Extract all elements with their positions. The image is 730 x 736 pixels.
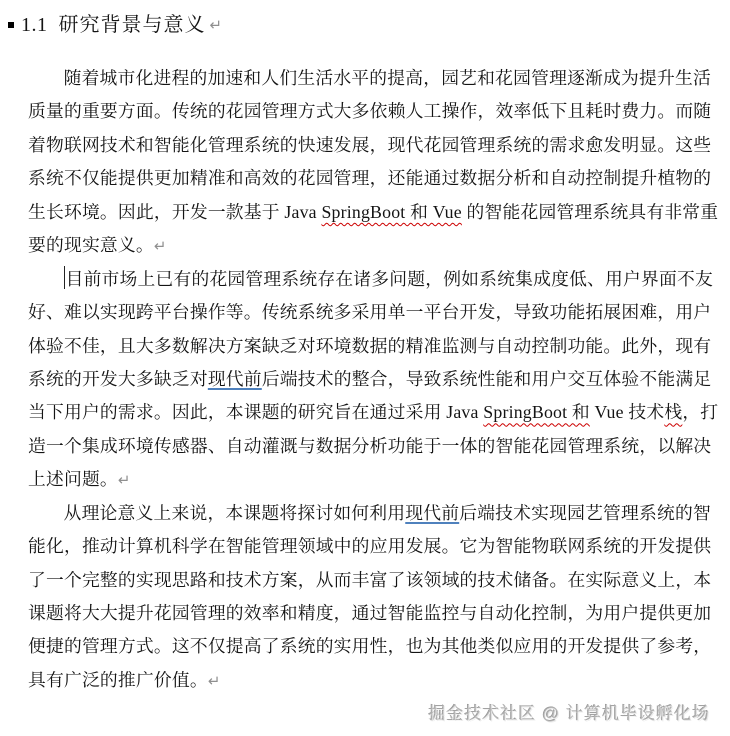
text-run: 后端技术实现园艺管理系统的智 [459,503,711,523]
document-body[interactable]: 随着城市化进程的加速和人们生活水平的提高，园艺和花园管理逐渐成为提升生活质量的重… [28,62,702,697]
text-run: 目前市场上已有的花园管理系统存在诸多问题，例如系统集成度低、用户界面不友 [66,269,713,289]
text-run: 要的现实意义。 [28,235,154,255]
text-run: 好、难以实现跨平台操作等。传统系统多采用单一平台开发，导致功能拓展困难，用户 [28,302,711,322]
text-run: 便捷的管理方式。这不仅提高了系统的实用性，也为其他类似应用的开发提供了参考， [28,636,711,656]
text-line[interactable]: 便捷的管理方式。这不仅提高了系统的实用性，也为其他类似应用的开发提供了参考， [28,630,702,663]
outline-bullet-icon [8,22,14,28]
text-run: 能化，推动计算机科学在智能管理领域中的应用发展。它为智能物联网系统的开发提供 [28,536,711,556]
paragraph-mark: ↵ [118,471,131,489]
text-line[interactable]: 好、难以实现跨平台操作等。传统系统多采用单一平台开发，导致功能拓展困难，用户 [28,296,702,329]
text-run: 系统的开发大多缺乏对 [28,369,208,389]
heading-number: 1.1 [21,12,48,38]
text-run: 具有广泛的推广价值。 [28,670,208,690]
document-page: 1.1 研究背景与意义 ↵ 随着城市化进程的加速和人们生活水平的提高，园艺和花园… [0,0,730,736]
text-line[interactable]: 上述问题。↵ [28,463,702,496]
text-line[interactable]: 目前市场上已有的花园管理系统存在诸多问题，例如系统集成度低、用户界面不友 [28,263,702,296]
text-run: 当下用户的需求。因此，本课题的研究旨在通过采用 Java [28,402,483,422]
text-run: 着物联网技术和智能化管理系统的快速发展，现代花园管理系统的需求愈发明显。这些 [28,135,711,155]
text-run: Vue 技术 [590,402,664,422]
text-run: 体验不佳，且大多数解决方案缺乏对环境数据的精准监测与自动控制功能。此外，现有 [28,336,711,356]
text-line[interactable]: 随着城市化进程的加速和人们生活水平的提高，园艺和花园管理逐渐成为提升生活 [28,62,702,95]
text-run: ，打 [682,402,718,422]
text-run: 的智能花园管理系统具有非常重 [462,202,718,222]
text-line[interactable]: 生长环境。因此，开发一款基于 Java SpringBoot 和 Vue 的智能… [28,196,702,229]
text-run: 造一个集成环境传感器、自动灌溉与数据分析功能于一体的智能花园管理系统，以解决 [28,436,711,456]
text-run: 了一个完整的实现思路和技术方案，从而丰富了该领域的技术储备。在实际意义上，本 [28,570,711,590]
text-run: 课题将大大提升花园管理的效率和精度，通过智能监控与自动化控制，为用户提供更加 [28,603,711,623]
text-line[interactable]: 系统不仅能提供更加精准和高效的花园管理，还能通过数据分析和自动控制提升植物的 [28,162,702,195]
text-run: SpringBoot 和 Vue [321,202,461,222]
text-line[interactable]: 当下用户的需求。因此，本课题的研究旨在通过采用 Java SpringBoot … [28,396,702,429]
heading-title: 研究背景与意义 [59,12,206,38]
watermark: 掘金技术社区 @ 计算机毕设孵化场 [428,699,710,724]
paragraph-mark: ↵ [154,237,167,255]
text-run: 生长环境。因此，开发一款基于 Java [28,202,321,222]
text-line[interactable]: 了一个完整的实现思路和技术方案，从而丰富了该领域的技术储备。在实际意义上，本 [28,564,702,597]
text-line[interactable]: 体验不佳，且大多数解决方案缺乏对环境数据的精准监测与自动控制功能。此外，现有 [28,330,702,363]
text-run: 从理论意义上来说，本课题将探讨如何利用 [64,503,406,523]
text-line[interactable]: 课题将大大提升花园管理的效率和精度，通过智能监控与自动化控制，为用户提供更加 [28,597,702,630]
text-run: 质量的重要方面。传统的花园管理方式大多依赖人工操作，效率低下且耗时费力。而随 [28,101,711,121]
text-run: 栈 [664,402,682,422]
text-line[interactable]: 造一个集成环境传感器、自动灌溉与数据分析功能于一体的智能花园管理系统，以解决 [28,430,702,463]
section-heading: 1.1 研究背景与意义 ↵ [0,0,730,38]
text-run: 系统不仅能提供更加精准和高效的花园管理，还能通过数据分析和自动控制提升植物的 [28,168,711,188]
text-run: 上述问题。 [28,469,118,489]
text-line[interactable]: 要的现实意义。↵ [28,229,702,262]
text-line[interactable]: 从理论意义上来说，本课题将探讨如何利用现代前后端技术实现园艺管理系统的智 [28,497,702,530]
text-run: SpringBoot 和 [483,402,590,422]
paragraph-mark: ↵ [208,672,221,690]
text-line[interactable]: 着物联网技术和智能化管理系统的快速发展，现代花园管理系统的需求愈发明显。这些 [28,129,702,162]
text-line[interactable]: 能化，推动计算机科学在智能管理领域中的应用发展。它为智能物联网系统的开发提供 [28,530,702,563]
text-run: 后端技术的整合，导致系统性能和用户交互体验不能满足 [262,369,712,389]
text-line[interactable]: 具有广泛的推广价值。↵ [28,664,702,697]
text-line[interactable]: 质量的重要方面。传统的花园管理方式大多依赖人工操作，效率低下且耗时费力。而随 [28,95,702,128]
text-line[interactable]: 系统的开发大多缺乏对现代前后端技术的整合，导致系统性能和用户交互体验不能满足 [28,363,702,396]
paragraph-mark: ↵ [210,12,223,38]
text-cursor [64,266,65,289]
text-run: 现代前 [405,503,459,523]
text-run: 随着城市化进程的加速和人们生活水平的提高，园艺和花园管理逐渐成为提升生活 [64,68,711,88]
text-run: 现代前 [208,369,262,389]
